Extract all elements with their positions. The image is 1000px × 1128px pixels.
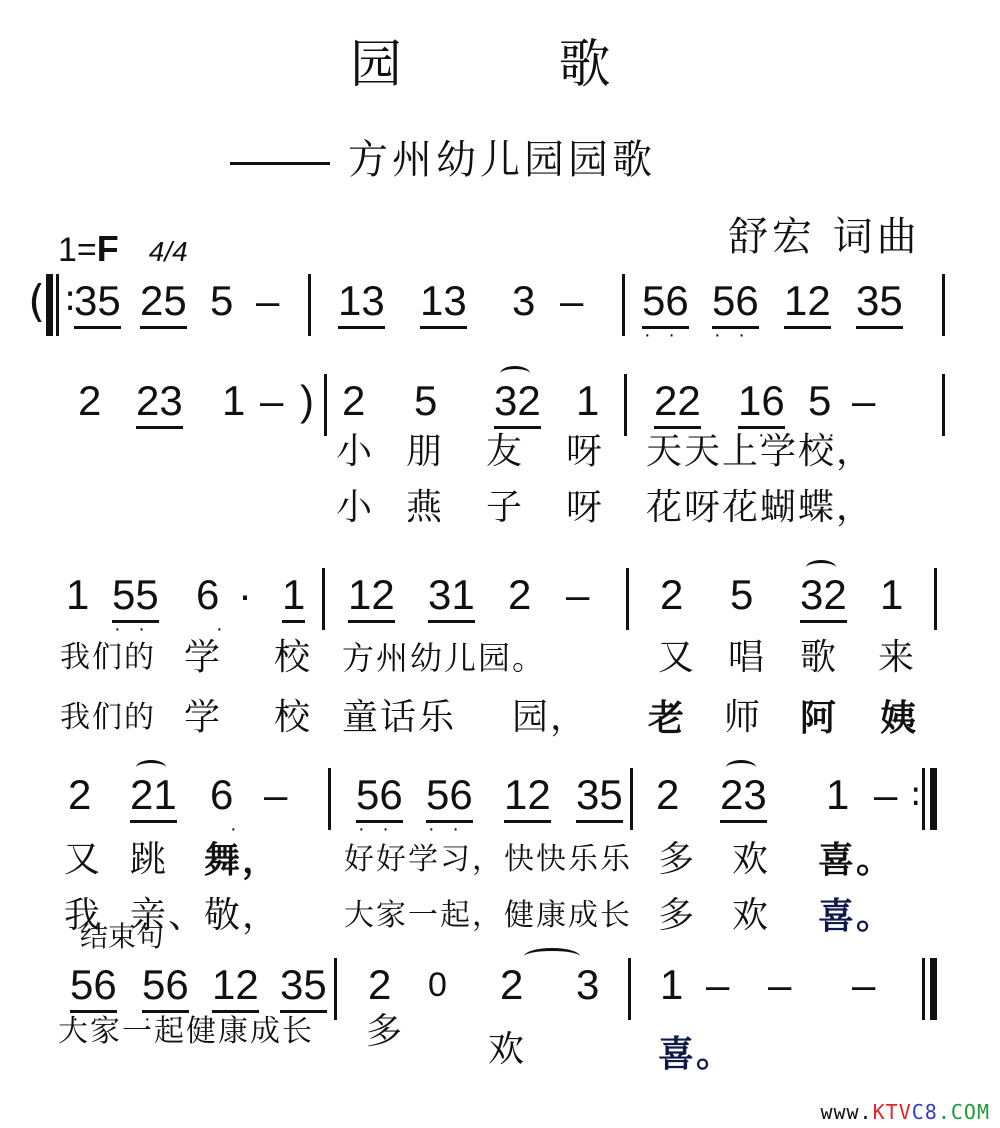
subtitle-dash <box>230 162 330 165</box>
note-group: 25 <box>140 278 187 329</box>
score-line-4: 2 21 6 – 56 56 12 35 2 23 1 – : <box>0 772 1000 842</box>
lyric: 好好学习，快快乐乐 <box>344 840 632 880</box>
lyric: 朋 <box>406 432 444 472</box>
note: 5 <box>414 378 437 424</box>
repeat-dots: : <box>910 774 921 814</box>
note: 1 <box>880 572 903 618</box>
bar-line <box>628 958 631 1020</box>
open-paren: ( <box>28 276 45 327</box>
dash-hold: – <box>852 378 875 424</box>
note-low: 6 <box>196 572 219 618</box>
note-low: 5 <box>808 378 831 424</box>
song-subtitle: 方州幼儿园园歌 <box>230 128 656 185</box>
bar-line <box>630 768 633 830</box>
note-group: 35 <box>74 278 121 329</box>
note-group-low: 56 <box>426 772 473 823</box>
dash-hold: – <box>256 278 279 324</box>
rest: 0 <box>428 962 447 1008</box>
note: 2 <box>342 378 365 424</box>
watermark-part2: C8 <box>912 1100 938 1124</box>
note: 2 <box>78 378 101 424</box>
lyric: 喜。 <box>818 840 894 880</box>
lyric: 学 <box>184 638 222 678</box>
final-bar-line <box>922 958 939 1020</box>
bar-line <box>626 568 629 630</box>
lyric: 唱 <box>728 638 766 678</box>
note-group-low: 56 <box>642 278 689 329</box>
lyric: 歌 <box>800 638 838 678</box>
repeat-end-sign <box>922 768 939 830</box>
watermark-prefix: www. <box>820 1100 872 1124</box>
song-title: 园 歌 <box>350 22 681 97</box>
lyric: 跳 <box>130 840 168 880</box>
bar-line <box>942 374 945 436</box>
note: 5 <box>730 572 753 618</box>
note: 1 <box>282 572 305 623</box>
lyric: 舞， <box>204 840 280 880</box>
note-group-low: 56 <box>712 278 759 329</box>
lyric: 喜。 <box>818 896 894 936</box>
lyric: 大家一起健康成长 <box>58 1012 314 1052</box>
key-prefix: 1= <box>58 231 97 269</box>
note-group-slurred: 23 <box>720 772 767 823</box>
key-note: F <box>97 228 119 269</box>
lyric: 子 <box>486 488 524 528</box>
note-group: 35 <box>856 278 903 329</box>
lyric: 学 <box>184 698 222 738</box>
note-group: 35 <box>280 962 327 1013</box>
close-paren: ) <box>300 378 314 424</box>
repeat-start-sign <box>46 274 62 336</box>
note-group-low: 56 <box>70 962 117 1013</box>
note-group: 12 <box>504 772 551 823</box>
note-group-low: 16 <box>738 378 785 429</box>
lyric: 天天上学校， <box>646 432 874 472</box>
lyric: 多 <box>658 896 696 936</box>
dash-hold: – <box>852 962 875 1008</box>
lyric: 多 <box>658 840 696 880</box>
bar-line <box>334 958 337 1020</box>
note-low: 6 <box>210 772 233 818</box>
dash-hold: – <box>566 572 589 618</box>
note-group-slurred: 32 <box>800 572 847 623</box>
lyric: 师 <box>724 698 762 738</box>
lyric: 呀 <box>566 488 604 528</box>
note-group-low: 55 <box>112 572 159 623</box>
lyric: 欢 <box>732 896 770 936</box>
note-group: 12 <box>348 572 395 623</box>
dash-hold: – <box>874 772 897 818</box>
note: 1 <box>576 378 599 424</box>
score-line-1: ( : 35 25 5 – 13 13 3 – 56 56 12 35 <box>0 278 1000 348</box>
note-group: 12 <box>212 962 259 1013</box>
watermark: www.KTVC8.COM <box>820 1100 990 1124</box>
note: 2 <box>508 572 531 618</box>
tie-arc <box>524 948 580 965</box>
lyric: 燕 <box>406 488 444 528</box>
key-signature: 1=F4/4 <box>58 228 188 270</box>
lyric: 小 <box>336 488 374 528</box>
bar-line <box>324 374 327 436</box>
note-group-slurred: 32 <box>494 378 541 429</box>
watermark-part1: KTV <box>873 1100 912 1124</box>
note-group: 31 <box>428 572 475 623</box>
lyric: 花呀花蝴蝶， <box>646 488 874 528</box>
dash-hold: – <box>560 278 583 324</box>
bar-line <box>328 768 331 830</box>
note-group: 13 <box>338 278 385 329</box>
lyric: 老 <box>648 698 686 738</box>
dash-hold: – <box>260 378 283 424</box>
bar-line <box>322 568 325 630</box>
note: 1 <box>660 962 683 1008</box>
author-credit: 舒宏 词曲 <box>728 205 921 262</box>
note: 1 <box>66 572 89 618</box>
bar-line <box>622 274 625 336</box>
ending-label: 结束句 <box>80 915 164 955</box>
lyric: 园， <box>512 698 588 738</box>
lyric: 姨 <box>880 698 918 738</box>
note: 2 <box>368 962 391 1008</box>
lyric: 校 <box>274 638 312 678</box>
bar-line <box>308 274 311 336</box>
note: 1 <box>826 772 849 818</box>
lyric: 小 <box>336 432 374 472</box>
lyric: 来 <box>878 638 916 678</box>
note-group: 23 <box>136 378 183 429</box>
lyric: 我们的 <box>60 638 156 678</box>
lyric: 童话乐 <box>342 698 456 738</box>
note: 2 <box>500 962 523 1008</box>
score-line-3: 1 55 6 · 1 12 31 2 – 2 5 32 1 <box>0 572 1000 642</box>
bar-line <box>934 568 937 630</box>
note-group: 12 <box>784 278 831 329</box>
dash-hold: – <box>264 772 287 818</box>
subtitle-text: 方州幼儿园园歌 <box>348 137 656 183</box>
note: 1 <box>222 378 245 424</box>
note: 2 <box>660 572 683 618</box>
lyric: 友 <box>486 432 524 472</box>
lyric: 大家一起，健康成长 <box>344 896 632 936</box>
note: 2 <box>656 772 679 818</box>
lyric: 又 <box>64 840 102 880</box>
note: 3 <box>576 962 599 1008</box>
watermark-suffix: .COM <box>938 1100 990 1124</box>
lyric: 欢 <box>732 840 770 880</box>
note: 5 <box>210 278 233 324</box>
bar-line <box>624 374 627 436</box>
dash-hold: – <box>706 962 729 1008</box>
lyric: 方州幼儿园。 <box>342 638 546 678</box>
note-group-slurred: 21 <box>130 772 177 823</box>
lyric: 敬， <box>204 896 280 936</box>
dash-hold: – <box>768 962 791 1008</box>
bar-line <box>942 274 945 336</box>
note-group: 35 <box>576 772 623 823</box>
lyric: 又 <box>658 638 696 678</box>
lyric: 阿 <box>800 698 838 738</box>
note-group: 22 <box>654 378 701 429</box>
lyric: 欢 <box>488 1030 526 1070</box>
note: 3 <box>512 278 535 324</box>
lyric: 校 <box>274 698 312 738</box>
note-group: 13 <box>420 278 467 329</box>
note-group-low: 56 <box>356 772 403 823</box>
time-signature: 4/4 <box>149 236 188 267</box>
note-group-low: 56 <box>142 962 189 1013</box>
note: 2 <box>68 772 91 818</box>
lyric: 多 <box>366 1012 404 1052</box>
lyric: 我们的 <box>60 698 156 738</box>
lyric: 喜。 <box>658 1034 734 1074</box>
lyric: 呀 <box>566 432 604 472</box>
dot: · <box>238 572 252 618</box>
